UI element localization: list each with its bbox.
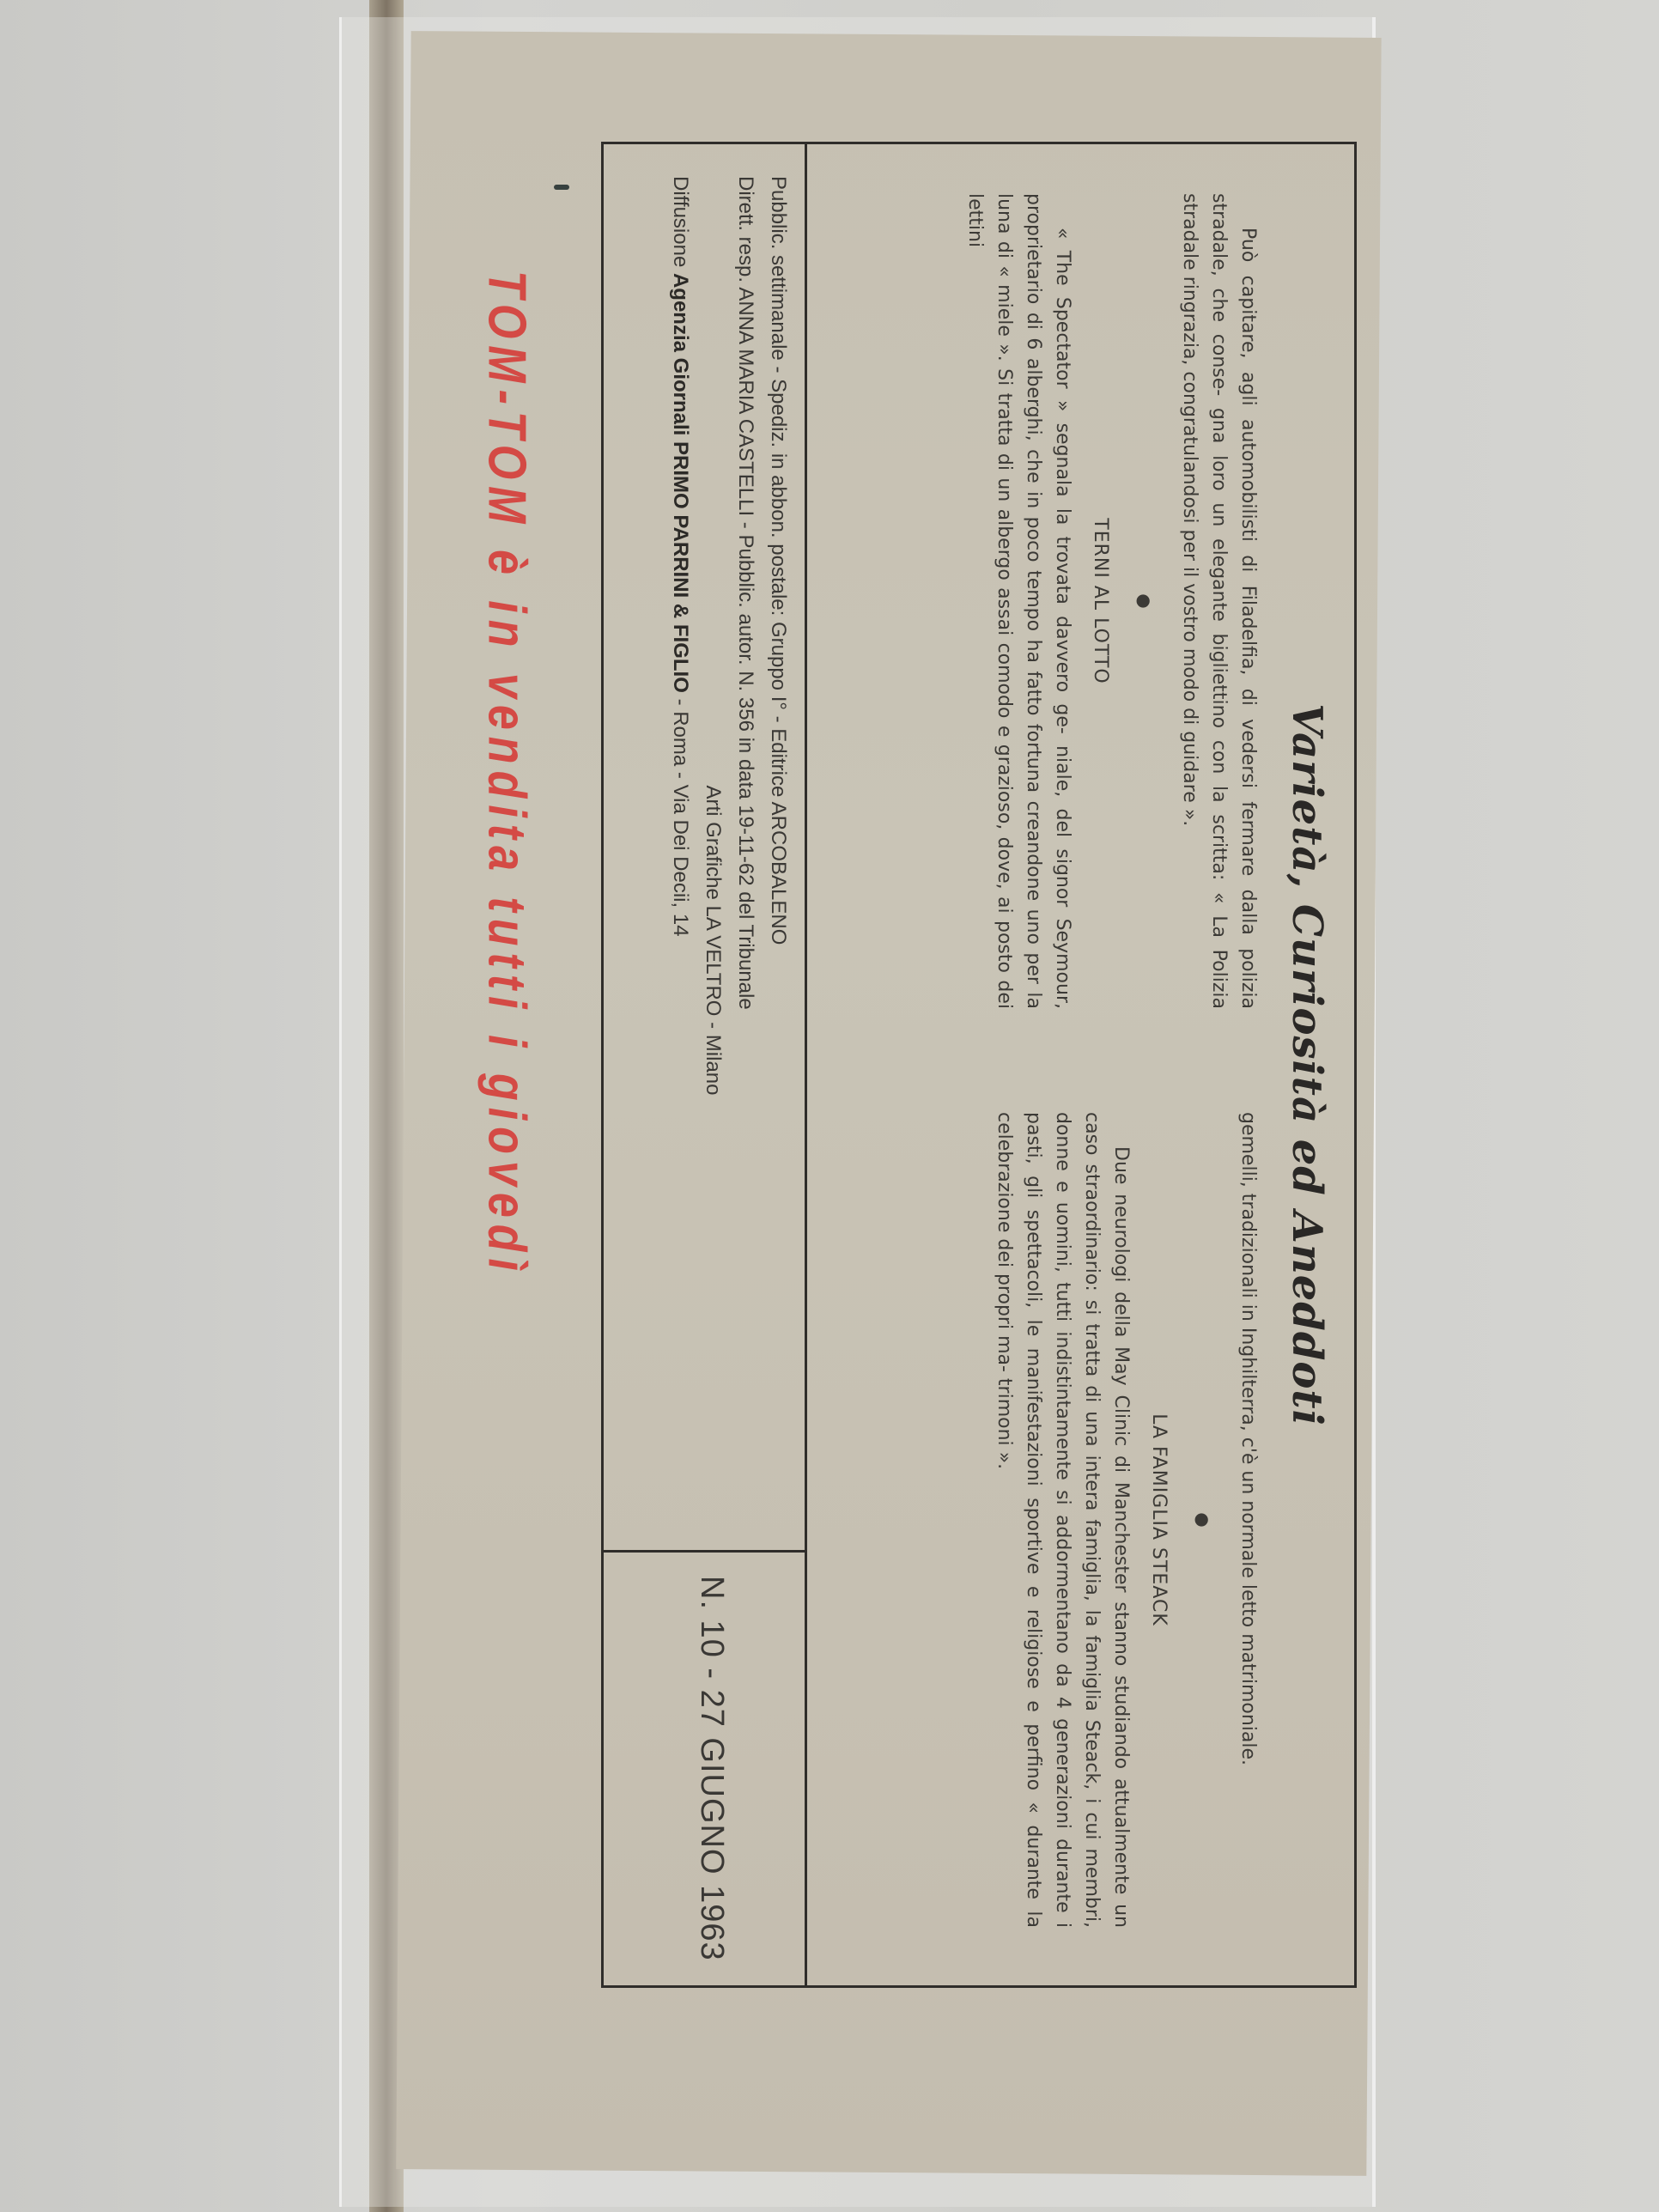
article-heading-steack: LA FAMIGLIA STEACK <box>1144 1112 1173 1928</box>
article-filadelfia-text: Può capitare, agli automobilisti di Fila… <box>1175 193 1262 1009</box>
article-terni-text: « The Spectator » segnala la trovata dav… <box>960 193 1077 1009</box>
article-heading-terni: TERNI AL LOTTO <box>1085 193 1115 1009</box>
ink-mark <box>554 185 569 190</box>
publisher-imprint: Pubblic. settimanale - Spediz. in abbon.… <box>664 176 794 1533</box>
rotated-page-content: Varietà, Curiosità ed Aneddoti Può capit… <box>601 142 1357 1988</box>
imprint-line-2: Dirett. resp. ANNA MARIA CASTELLI - Pubb… <box>729 176 762 1533</box>
issue-separator <box>601 1550 807 1553</box>
right-column: gemelli, tradizionali in Inghilterra, c'… <box>989 1112 1262 1928</box>
imprint-line-1: Pubblic. settimanale - Spediz. in abbon.… <box>762 176 794 1533</box>
imprint-diffusion-label: Diffusione <box>669 176 692 267</box>
imprint-distributor: Agenzia Giornali PRIMO PARRINI & FIGLIO <box>669 273 692 693</box>
issue-number-date: N. 10 - 27 GIUGNO 1963 <box>693 1576 730 1961</box>
bullet-separator-icon: ● <box>1188 1112 1218 1928</box>
imprint-line-4: Diffusione Agenzia Giornali PRIMO PARRIN… <box>664 176 696 1533</box>
article-steack-text: Due neurologi della May Clinic di Manche… <box>989 1112 1135 1928</box>
imprint-address: - Roma - Via Dei Decii, 14 <box>669 699 692 937</box>
article-terni-continued: gemelli, tradizionali in Inghilterra, c'… <box>1233 1112 1262 1928</box>
imprint-line-3: Arti Grafiche LA VELTRO - Milano <box>696 176 729 1533</box>
bullet-separator-icon: ● <box>1130 193 1159 1009</box>
left-column: Può capitare, agli automobilisti di Fila… <box>960 193 1262 1009</box>
imprint-divider <box>805 142 807 1988</box>
sales-slogan: TOM-TOM è in vendita tutti i giovedì <box>476 270 538 1988</box>
page-title: Varietà, Curiosità ed Aneddoti <box>1283 142 1331 1988</box>
